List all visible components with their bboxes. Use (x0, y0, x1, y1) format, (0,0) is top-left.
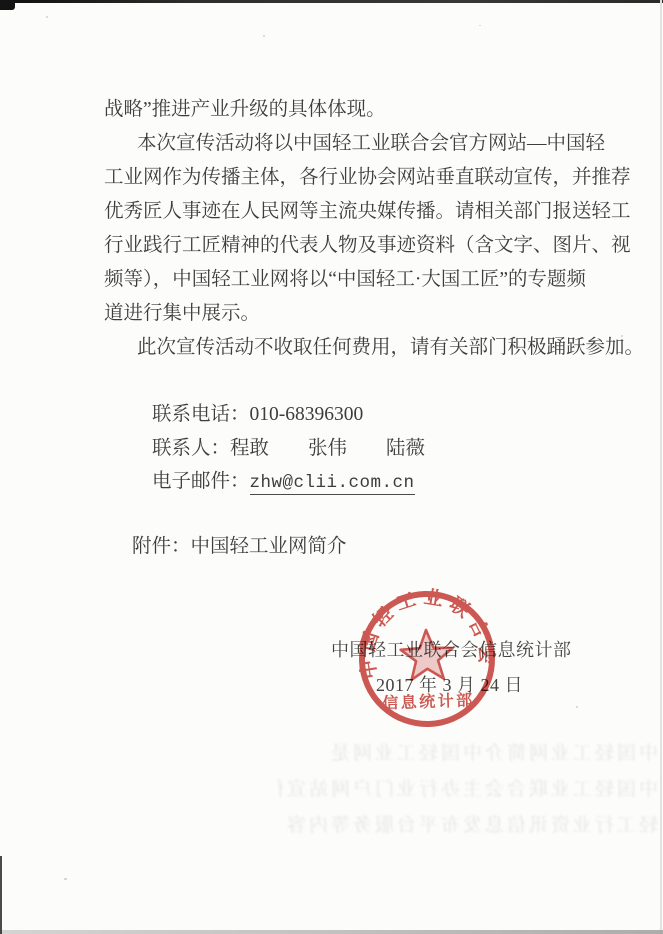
bleed-line: 中国轻工业联合会主办行业门户网站宣传 (278, 774, 658, 810)
body-line: 行业践行工匠精神的代表人物及事迹资料（含文字、图片、视 (104, 229, 620, 263)
scanned-document-page: 中国轻工业网简介中国轻工业网是 中国轻工业联合会主办行业门户网站宣传 轻工行业资… (0, 0, 663, 934)
contact-info: 联系电话：010-68396300 联系人：程敢 张伟 陆薇 电子邮件：zhw@… (152, 398, 425, 499)
body-line: 道进行集中展示。 (104, 297, 620, 331)
scan-edge-top (0, 0, 663, 3)
bleed-line: 轻工行业资讯信息发布平台服务等内容 (278, 810, 658, 846)
body-line: 频等），中国轻工业网将以“中国轻工·大国工匠”的专题频 (104, 263, 620, 297)
body-line: 此次宣传活动不收取任何费用，请有关部门积极踊跃参加。 (104, 331, 620, 365)
scan-edge-bottom-left (0, 856, 2, 934)
official-seal: 中国轻工业联合会 信息统计部 (348, 580, 505, 737)
contact-email-label: 电子邮件： (152, 471, 250, 492)
contact-phone-value: 010-68396300 (250, 404, 364, 425)
body-paragraphs: 战略”推进产业升级的具体体现。 本次宣传活动将以中国轻工业联合会官方网站—中国轻… (104, 93, 620, 365)
scan-speck (576, 706, 578, 708)
scan-corner-mark (0, 0, 15, 10)
scan-speck (46, 16, 48, 18)
scan-speck (479, 25, 481, 26)
scan-edge-right (660, 0, 662, 934)
body-line: 战略”推进产业升级的具体体现。 (104, 93, 620, 127)
scan-speck (64, 878, 67, 880)
contact-person-row: 联系人：程敢 张伟 陆薇 (152, 432, 425, 466)
contact-email-row: 电子邮件：zhw@clii.com.cn (152, 465, 425, 499)
contact-phone-row: 联系电话：010-68396300 (152, 398, 425, 432)
seal-graphic: 中国轻工业联合会 信息统计部 (348, 580, 505, 737)
seal-bottom-text: 信息统计部 (382, 690, 475, 712)
body-line: 优秀匠人事迹在人民网等主流央媒传播。请相关部门报送轻工 (104, 195, 620, 229)
scan-speck (621, 335, 623, 337)
contact-person-names: 程敢 张伟 陆薇 (230, 438, 425, 459)
scan-edge-bottom (0, 930, 663, 934)
bleed-line: 中国轻工业网简介中国轻工业网是 (278, 738, 658, 774)
attachment-note: 附件：中国轻工业网简介 (132, 533, 347, 561)
body-line: 本次宣传活动将以中国轻工业联合会官方网站—中国轻 (104, 127, 620, 161)
body-line: 工业网作为传播主体，各行业协会网站垂直联动宣传，并推荐 (104, 161, 620, 195)
contact-email-value: zhw@clii.com.cn (250, 473, 415, 495)
star-icon (400, 629, 454, 680)
contact-person-label: 联系人： (152, 438, 230, 459)
page-bleed-through: 中国轻工业网简介中国轻工业网是 中国轻工业联合会主办行业门户网站宣传 轻工行业资… (278, 738, 658, 846)
scan-speck (263, 35, 265, 37)
contact-phone-label: 联系电话： (152, 404, 250, 425)
